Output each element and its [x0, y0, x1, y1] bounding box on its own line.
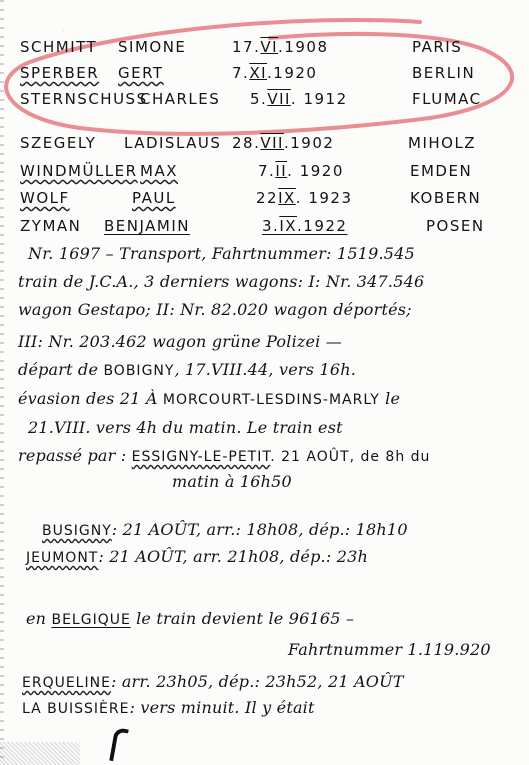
note-text: le train devient le 96165 – [131, 609, 354, 628]
deportee-row: SZEGELY LADISLAUS 28.VII.1902 MIHOLZ [0, 134, 529, 156]
birth-day: 28. [232, 134, 260, 152]
last-name: WINDMÜLLER [20, 162, 138, 180]
last-name: SCHMITT [20, 38, 97, 56]
note-line: LA BUISSIÈRE: vers minuit. Il y était [22, 698, 529, 717]
deportee-row: WOLF PAUL 22IX. 1923 KOBERN [0, 189, 529, 211]
note-line: 21.VIII. vers 4h du matin. Le train est [28, 418, 529, 437]
birthplace: MIHOLZ [408, 134, 476, 152]
last-name: ZYMAN [20, 217, 81, 235]
birth-month: VII [260, 134, 284, 152]
place-name: LA BUISSIÈRE [22, 701, 129, 717]
note-text: : arr. 23h05, dép.: 23h52, 21 AOÛT [111, 672, 404, 691]
place-name: BOBIGNY [103, 363, 174, 379]
last-name: WOLF [20, 189, 70, 207]
place-name: ERQUELINE [22, 675, 111, 691]
birth-month: IX [278, 189, 296, 207]
birth-day: 7. [258, 162, 275, 180]
birthplace: BERLIN [412, 64, 475, 82]
last-name: SZEGELY [20, 134, 96, 152]
note-line: Fahrtnummer 1.119.920 [288, 640, 529, 659]
note-text: : 21 AOÛT, arr.: 18h08, dép.: 18h10 [112, 520, 408, 539]
birthplace: EMDEN [410, 162, 472, 180]
birth-month: VI [260, 38, 278, 56]
note-line: train de J.C.A., 3 derniers wagons: I: N… [18, 272, 529, 291]
deportee-row: ZYMAN BENJAMIN 3.IX.1922 POSEN [0, 217, 529, 239]
birth-date: 3.IX.1922 [262, 217, 347, 235]
pen-stroke-mark [109, 727, 129, 763]
note-text: le [380, 389, 400, 408]
first-name: BENJAMIN [104, 217, 190, 235]
deportee-row: SPERBER GERT 7.XI.1920 BERLIN [0, 64, 529, 86]
note-line: départ de BOBIGNY, 17.VIII.44, vers 16h. [18, 360, 529, 379]
deportee-row: STERNSCHUSS CHARLES 5.VII. 1912 FLUMAC [0, 90, 529, 112]
scan-smudge [0, 742, 80, 765]
birth-year: . 1912 [291, 90, 348, 108]
first-name: LADISLAUS [124, 134, 221, 152]
birth-day: 22 [256, 189, 278, 207]
birthplace: KOBERN [410, 189, 481, 207]
birthplace: POSEN [426, 217, 485, 235]
note-text: repassé par : [18, 446, 132, 465]
birth-year: .1922 [297, 217, 347, 235]
birthplace: PARIS [412, 38, 462, 56]
first-name: MAX [140, 162, 178, 180]
place-name: ESSIGNY-LE-PETIT [132, 449, 271, 465]
birth-month: II [275, 162, 287, 180]
note-line: JEUMONT: 21 AOÛT, arr. 21h08, dép.: 23h [26, 547, 529, 566]
note-text: , 17.VIII.44, vers 16h. [174, 360, 356, 379]
note-text: en [26, 609, 51, 628]
note-text: évasion des 21 À [18, 389, 163, 408]
birth-year: . 1923 [296, 189, 353, 207]
note-line: en BELGIQUE le train devient le 96165 – [26, 609, 529, 628]
birth-year: .1908 [278, 38, 328, 56]
note-line: matin à 16h50 [172, 472, 529, 491]
birth-day: 5. [250, 90, 267, 108]
birth-day: 7. [232, 64, 249, 82]
note-line: évasion des 21 À MORCOURT-LESDINS-MARLY … [18, 389, 529, 408]
birth-day: 17. [232, 38, 260, 56]
note-line: Nr. 1697 – Transport, Fahrtnummer: 1519.… [28, 244, 529, 263]
first-name: GERT [118, 64, 164, 82]
deportee-row: SCHMITT SIMONE 17.VI.1908 PARIS [0, 38, 529, 60]
scan-edge [0, 0, 4, 765]
birth-date: 7.XI.1920 [232, 64, 317, 82]
birth-month: XI [249, 64, 267, 82]
first-name: PAUL [132, 189, 176, 207]
note-line: wagon Gestapo; II: Nr. 82.020 wagon dépo… [18, 300, 529, 319]
last-name: SPERBER [20, 64, 99, 82]
birthplace: FLUMAC [412, 90, 482, 108]
note-line: ERQUELINE: arr. 23h05, dép.: 23h52, 21 A… [22, 672, 529, 691]
birth-month: IX [279, 217, 297, 235]
birth-date: 22IX. 1923 [256, 189, 353, 207]
birth-month: VII [267, 90, 291, 108]
scanned-page: SCHMITT SIMONE 17.VI.1908 PARIS SPERBER … [0, 0, 529, 765]
note-line: III: Nr. 203.462 wagon grüne Polizei — [18, 332, 529, 351]
birth-date: 17.VI.1908 [232, 38, 329, 56]
birth-year: .1920 [267, 64, 317, 82]
birth-date: 7.II. 1920 [258, 162, 344, 180]
birth-day: 3. [262, 217, 279, 235]
first-name: SIMONE [118, 38, 186, 56]
birth-year: .1902 [284, 134, 334, 152]
place-name: BUSIGNY [42, 523, 112, 539]
birth-date: 28.VII.1902 [232, 134, 334, 152]
note-text: : vers minuit. Il y était [129, 698, 314, 717]
note-text: . 21 AOÛT, de 8h du [270, 449, 430, 465]
note-text: départ de [18, 360, 103, 379]
deportee-row: WINDMÜLLER MAX 7.II. 1920 EMDEN [0, 162, 529, 184]
last-name: STERNSCHUSS [20, 90, 148, 108]
birth-date: 5.VII. 1912 [250, 90, 348, 108]
place-name: BELGIQUE [51, 612, 130, 628]
note-line: repassé par : ESSIGNY-LE-PETIT. 21 AOÛT,… [18, 446, 529, 465]
note-line: BUSIGNY: 21 AOÛT, arr.: 18h08, dép.: 18h… [42, 520, 529, 539]
note-text: : 21 AOÛT, arr. 21h08, dép.: 23h [98, 547, 368, 566]
birth-year: . 1920 [287, 162, 344, 180]
first-name: CHARLES [140, 90, 220, 108]
place-name: JEUMONT [26, 550, 98, 566]
place-name: MORCOURT-LESDINS-MARLY [163, 392, 380, 408]
